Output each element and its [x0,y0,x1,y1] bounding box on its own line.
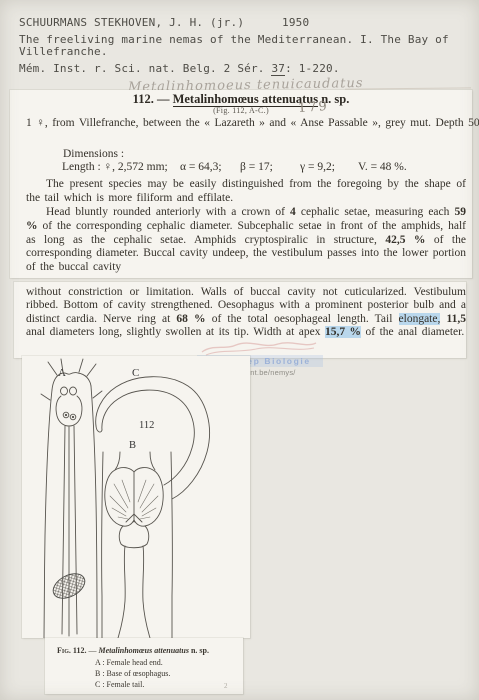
dimension-vulva: V. = 48 %. [358,161,407,173]
caption-number: Fig. 112. [57,646,86,655]
journal-prefix: Mém. Inst. r. Sci. nat. Belg. 2 Sér. [19,62,271,75]
caption-species: Metalinhomœus attenuatus [98,646,188,655]
description-paragraph-3: without constriction or limitation. Wall… [26,286,466,340]
nematode-head-drawing [41,359,102,638]
dimension-beta: β = 17; [240,161,273,173]
watermark-logo-sketch-icon [198,340,320,356]
text-segment: Head bluntly rounded anteriorly with a c… [46,206,290,218]
species-heading: 112. — Metalinhomœus attenuatus n. sp. [10,92,472,107]
dimension-alpha: α = 64,3; [180,161,222,173]
caption-line-b: B : Base of œsophagus. [95,669,170,678]
caption-dash: — [86,646,98,655]
text-segment: 11,5 [447,313,467,325]
search-highlight: 15,7 % [325,326,361,338]
dimension-gamma: γ = 9,2; [300,161,335,173]
caption-line-c: C : Female tail. [95,680,144,689]
figure-panel: A C 112 B [22,356,250,638]
reference-journal-line: Mém. Inst. r. Sci. nat. Belg. 2 Sér. 37:… [19,62,340,75]
text-segment: 68 % [176,313,205,325]
reference-title-line2: Villefranche. [19,45,108,58]
figure-drawing: A C 112 B [22,356,250,638]
figure-label-b: B [129,440,136,451]
caption-line-a: A : Female head end. [95,658,163,667]
nematode-tail-drawing [96,377,210,499]
text-segment: of the anal diameter. [361,326,464,338]
dimensions-label: Dimensions : [63,148,124,160]
page-mark: 2 [224,682,228,690]
description-paragraph-1: The present species may be easily distin… [26,177,466,205]
dimension-length: Length : ♀, 2,572 mm; [62,161,168,173]
figure-reference: (Fig. 112, A-C.) [10,106,472,115]
journal-suffix: : 1-220. [285,62,340,75]
figure-caption: Fig. 112. — Metalinhomœus attenuatus n. … [57,646,209,655]
oesophagus-bulb-drawing [102,452,173,638]
species-number: 112. — [133,92,173,106]
reference-year: 1950 [282,16,309,29]
search-highlight: elongate, [399,313,441,325]
scanned-paper-page: SCHUURMANS STEKHOVEN, J. H. (jr.) 1950 T… [0,0,479,700]
locality-paragraph: 1 ♀, from Villefranche, between the « La… [26,117,479,131]
figure-number: 112 [139,420,154,431]
description-paragraph-2: Head bluntly rounded anteriorly with a c… [26,206,466,275]
handwritten-page-number: 179 [298,99,330,116]
text-segment: of the total oesophageal length. Tail [206,313,399,325]
reference-author-line: SCHUURMANS STEKHOVEN, J. H. (jr.) 1950 [19,16,469,29]
journal-volume: 37 [271,62,285,76]
figure-label-c: C [132,367,139,379]
text-segment: anal diameters long, slightly swollen at… [26,326,325,338]
species-name: Metalinhomœus attenuatus [173,92,319,107]
text-segment: 42,5 % [385,234,425,246]
reference-author: SCHUURMANS STEKHOVEN, J. H. (jr.) [19,16,244,29]
dimensions-values: Length : ♀, 2,572 mm; α = 64,3; β = 17; … [26,161,466,175]
caption-suffix: n. sp. [189,646,209,655]
text-segment: cephalic setae, measuring each [296,206,455,218]
